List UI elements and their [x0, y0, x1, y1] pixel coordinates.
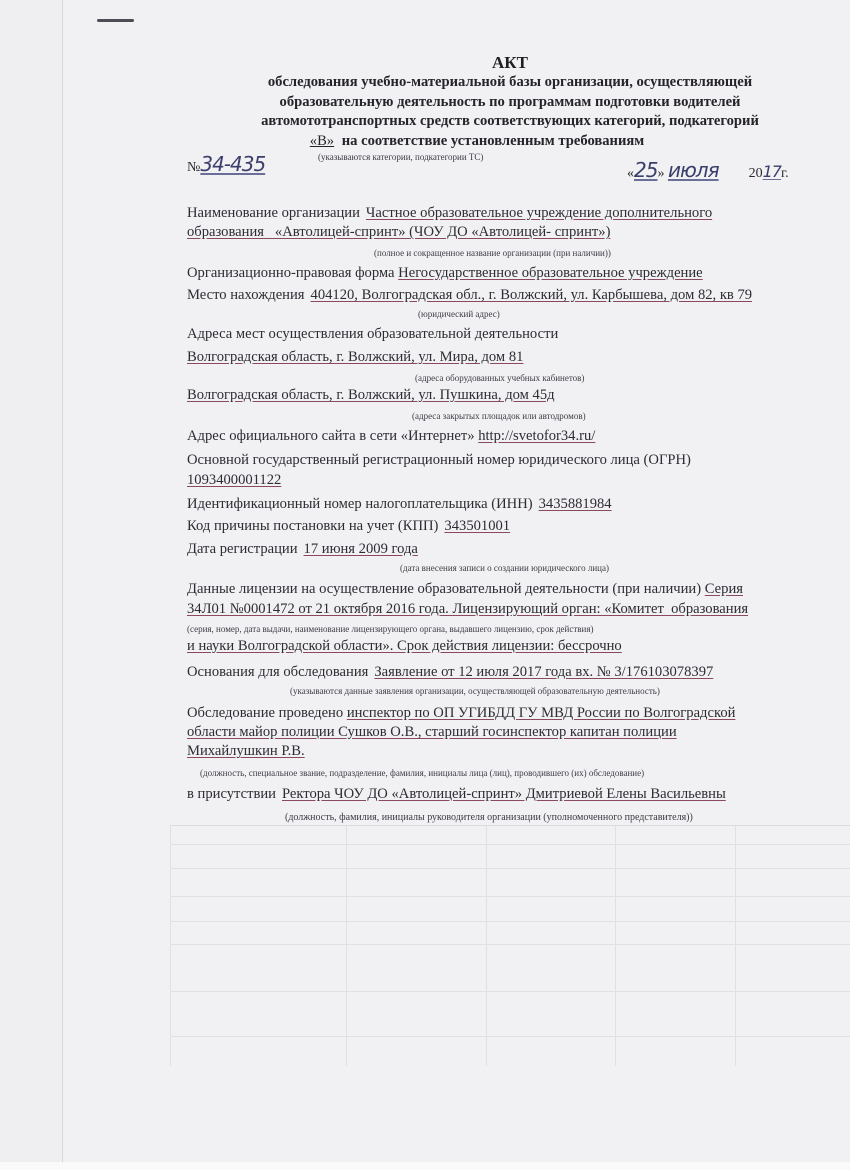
website-link[interactable]: http://svetofor34.ru/ [478, 428, 595, 444]
sites-address: Волгоградская область, г. Волжский, ул. … [187, 387, 555, 403]
ghost-rule [170, 826, 171, 1066]
subtitle-category-line: «В» на соответствие установленным требов… [115, 132, 835, 152]
license-row-2: 34Л01 №0001472 от 21 октября 2016 года. … [187, 601, 748, 618]
in-presence-label: в присутствии [187, 786, 276, 802]
grounds-hint: (указываются данные заявления организаци… [290, 686, 660, 696]
in-presence-row: в присутствииРектора ЧОУ ДО «Автолицей-с… [187, 786, 726, 803]
inspected-by-value: инспектор по ОП УГИБДД ГУ МВД России по … [347, 705, 736, 721]
date-month: июля [668, 158, 749, 182]
number-prefix: № [187, 160, 200, 175]
category-tail: на соответствие установленным требования… [342, 133, 644, 149]
scanner-margin [0, 0, 63, 1170]
license-label: Данные лицензии на осуществление образов… [187, 581, 701, 597]
location-hint: (юридический адрес) [418, 309, 500, 319]
date-day: 25 [634, 158, 657, 182]
sites-address-row: Волгоградская область, г. Волжский, ул. … [187, 387, 555, 404]
grounds-row: Основания для обследованияЗаявление от 1… [187, 664, 713, 681]
document-subtitle: обследования учебно-материальной базы ор… [185, 73, 835, 151]
inspected-by-value-2: области майор полиции Сушков О.В., старш… [187, 724, 677, 740]
website-label: Адрес официального сайта в сети «Интерне… [187, 428, 475, 444]
org-name-hint: (полное и сокращенное название организац… [374, 248, 611, 258]
in-presence-value: Ректора ЧОУ ДО «Автолицей-спринт» Дмитри… [282, 786, 726, 802]
ogrn-row: Основной государственный регистрационный… [187, 452, 691, 469]
ghost-rule [486, 826, 487, 1066]
license-value-2: 34Л01 №0001472 от 21 октября 2016 года. … [187, 601, 748, 617]
inspected-by-value-3: Михайлушкин Р.В. [187, 743, 305, 759]
inspected-by-row-3: Михайлушкин Р.В. [187, 743, 305, 760]
org-name-label: Наименование организации [187, 205, 360, 221]
in-presence-hint: (должность, фамилия, инициалы руководите… [285, 812, 693, 823]
location-value: 404120, Волгоградская обл., г. Волжский,… [311, 287, 753, 303]
inn-value: 3435881984 [539, 496, 612, 512]
org-name-row-2: образования «Автолицей-спринт» (ЧОУ ДО «… [187, 224, 610, 241]
bleed-through-table [170, 825, 850, 1066]
number-value: 34-435 [200, 152, 265, 176]
ghost-rule [346, 826, 347, 1066]
ghost-rule [170, 921, 850, 922]
website-row: Адрес официального сайта в сети «Интерне… [187, 428, 595, 445]
inspected-by-row: Обследование проведено инспектор по ОП У… [187, 705, 735, 722]
date-year-prefix: 20 [749, 166, 763, 181]
ghost-rule [735, 826, 736, 1066]
registration-date-value: 17 июня 2009 года [304, 541, 418, 557]
legal-form-value: Негосударственное образовательное учрежд… [398, 265, 703, 281]
license-hint: (серия, номер, дата выдачи, наименование… [187, 624, 594, 634]
org-name-value: Частное образовательное учреждение допол… [366, 205, 712, 221]
grounds-value: Заявление от 12 июля 2017 года вх. № 3/1… [374, 664, 713, 680]
ogrn-label: Основной государственный регистрационный… [187, 452, 691, 468]
date-year-suffix: 17 [763, 162, 781, 181]
classrooms-address: Волгоградская область, г. Волжский, ул. … [187, 349, 523, 365]
kpp-label: Код причины постановки на учет (КПП) [187, 518, 438, 534]
kpp-row: Код причины постановки на учет (КПП)3435… [187, 518, 510, 535]
registration-date-row: Дата регистрации17 июня 2009 года [187, 541, 418, 558]
inspected-by-row-2: области майор полиции Сушков О.В., старш… [187, 724, 677, 741]
ghost-rule [170, 868, 850, 869]
category-value: «В» [306, 133, 338, 149]
act-number: №34-435 [187, 152, 265, 176]
ghost-rule [170, 991, 850, 992]
date-day-open: « [627, 166, 634, 181]
ghost-rule [170, 896, 850, 897]
location-label: Место нахождения [187, 287, 305, 303]
license-row-3: и науки Волгоградской области». Срок дей… [187, 638, 622, 655]
license-value-start: Серия [705, 581, 743, 597]
classrooms-address-row: Волгоградская область, г. Волжский, ул. … [187, 349, 523, 366]
license-row: Данные лицензии на осуществление образов… [187, 581, 743, 598]
ogrn-value-row: 1093400001122 [187, 472, 281, 489]
registration-date-label: Дата регистрации [187, 541, 298, 557]
date-day-close: » [657, 166, 664, 181]
ogrn-value: 1093400001122 [187, 472, 281, 488]
ghost-rule [170, 1036, 850, 1037]
org-name-row: Наименование организацииЧастное образова… [187, 205, 712, 222]
inspected-by-label: Обследование проведено [187, 705, 343, 721]
sites-hint: (адреса закрытых площадок или автодромов… [412, 411, 586, 421]
act-date: «25» июля2017г. [627, 158, 789, 182]
activity-addresses-label-row: Адреса мест осуществления образовательно… [187, 326, 558, 343]
ghost-rule [170, 844, 850, 845]
date-year-unit: г. [781, 166, 789, 181]
document-title: АКТ [170, 53, 850, 73]
grounds-label: Основания для обследования [187, 664, 368, 680]
subtitle-line: образовательную деятельность по программ… [185, 93, 835, 113]
classrooms-hint: (адреса оборудованных учебных кабинетов) [415, 373, 584, 383]
page-bottom-edge [0, 1162, 850, 1170]
inspected-by-hint: (должность, специальное звание, подразде… [200, 768, 644, 778]
activity-addresses-label: Адреса мест осуществления образовательно… [187, 326, 558, 342]
inn-row: Идентификационный номер налогоплательщик… [187, 496, 612, 513]
legal-form-label: Организационно-правовая форма [187, 265, 395, 281]
subtitle-line: обследования учебно-материальной базы ор… [185, 73, 835, 93]
kpp-value: 343501001 [444, 518, 510, 534]
pen-dash-mark [97, 19, 134, 22]
legal-form-row: Организационно-правовая форма Негосударс… [187, 265, 703, 282]
category-hint: (указываются категории, подкатегории ТС) [318, 152, 483, 162]
registration-date-hint: (дата внесения записи о создании юридиче… [400, 563, 609, 573]
ghost-rule [170, 944, 850, 945]
ghost-rule [615, 826, 616, 1066]
location-row: Место нахождения404120, Волгоградская об… [187, 287, 752, 304]
license-value-3: и науки Волгоградской области». Срок дей… [187, 638, 622, 654]
inn-label: Идентификационный номер налогоплательщик… [187, 496, 533, 512]
org-name-value-2: образования «Автолицей-спринт» (ЧОУ ДО «… [187, 224, 610, 240]
subtitle-line: автомототранспортных средств соответству… [185, 112, 835, 132]
